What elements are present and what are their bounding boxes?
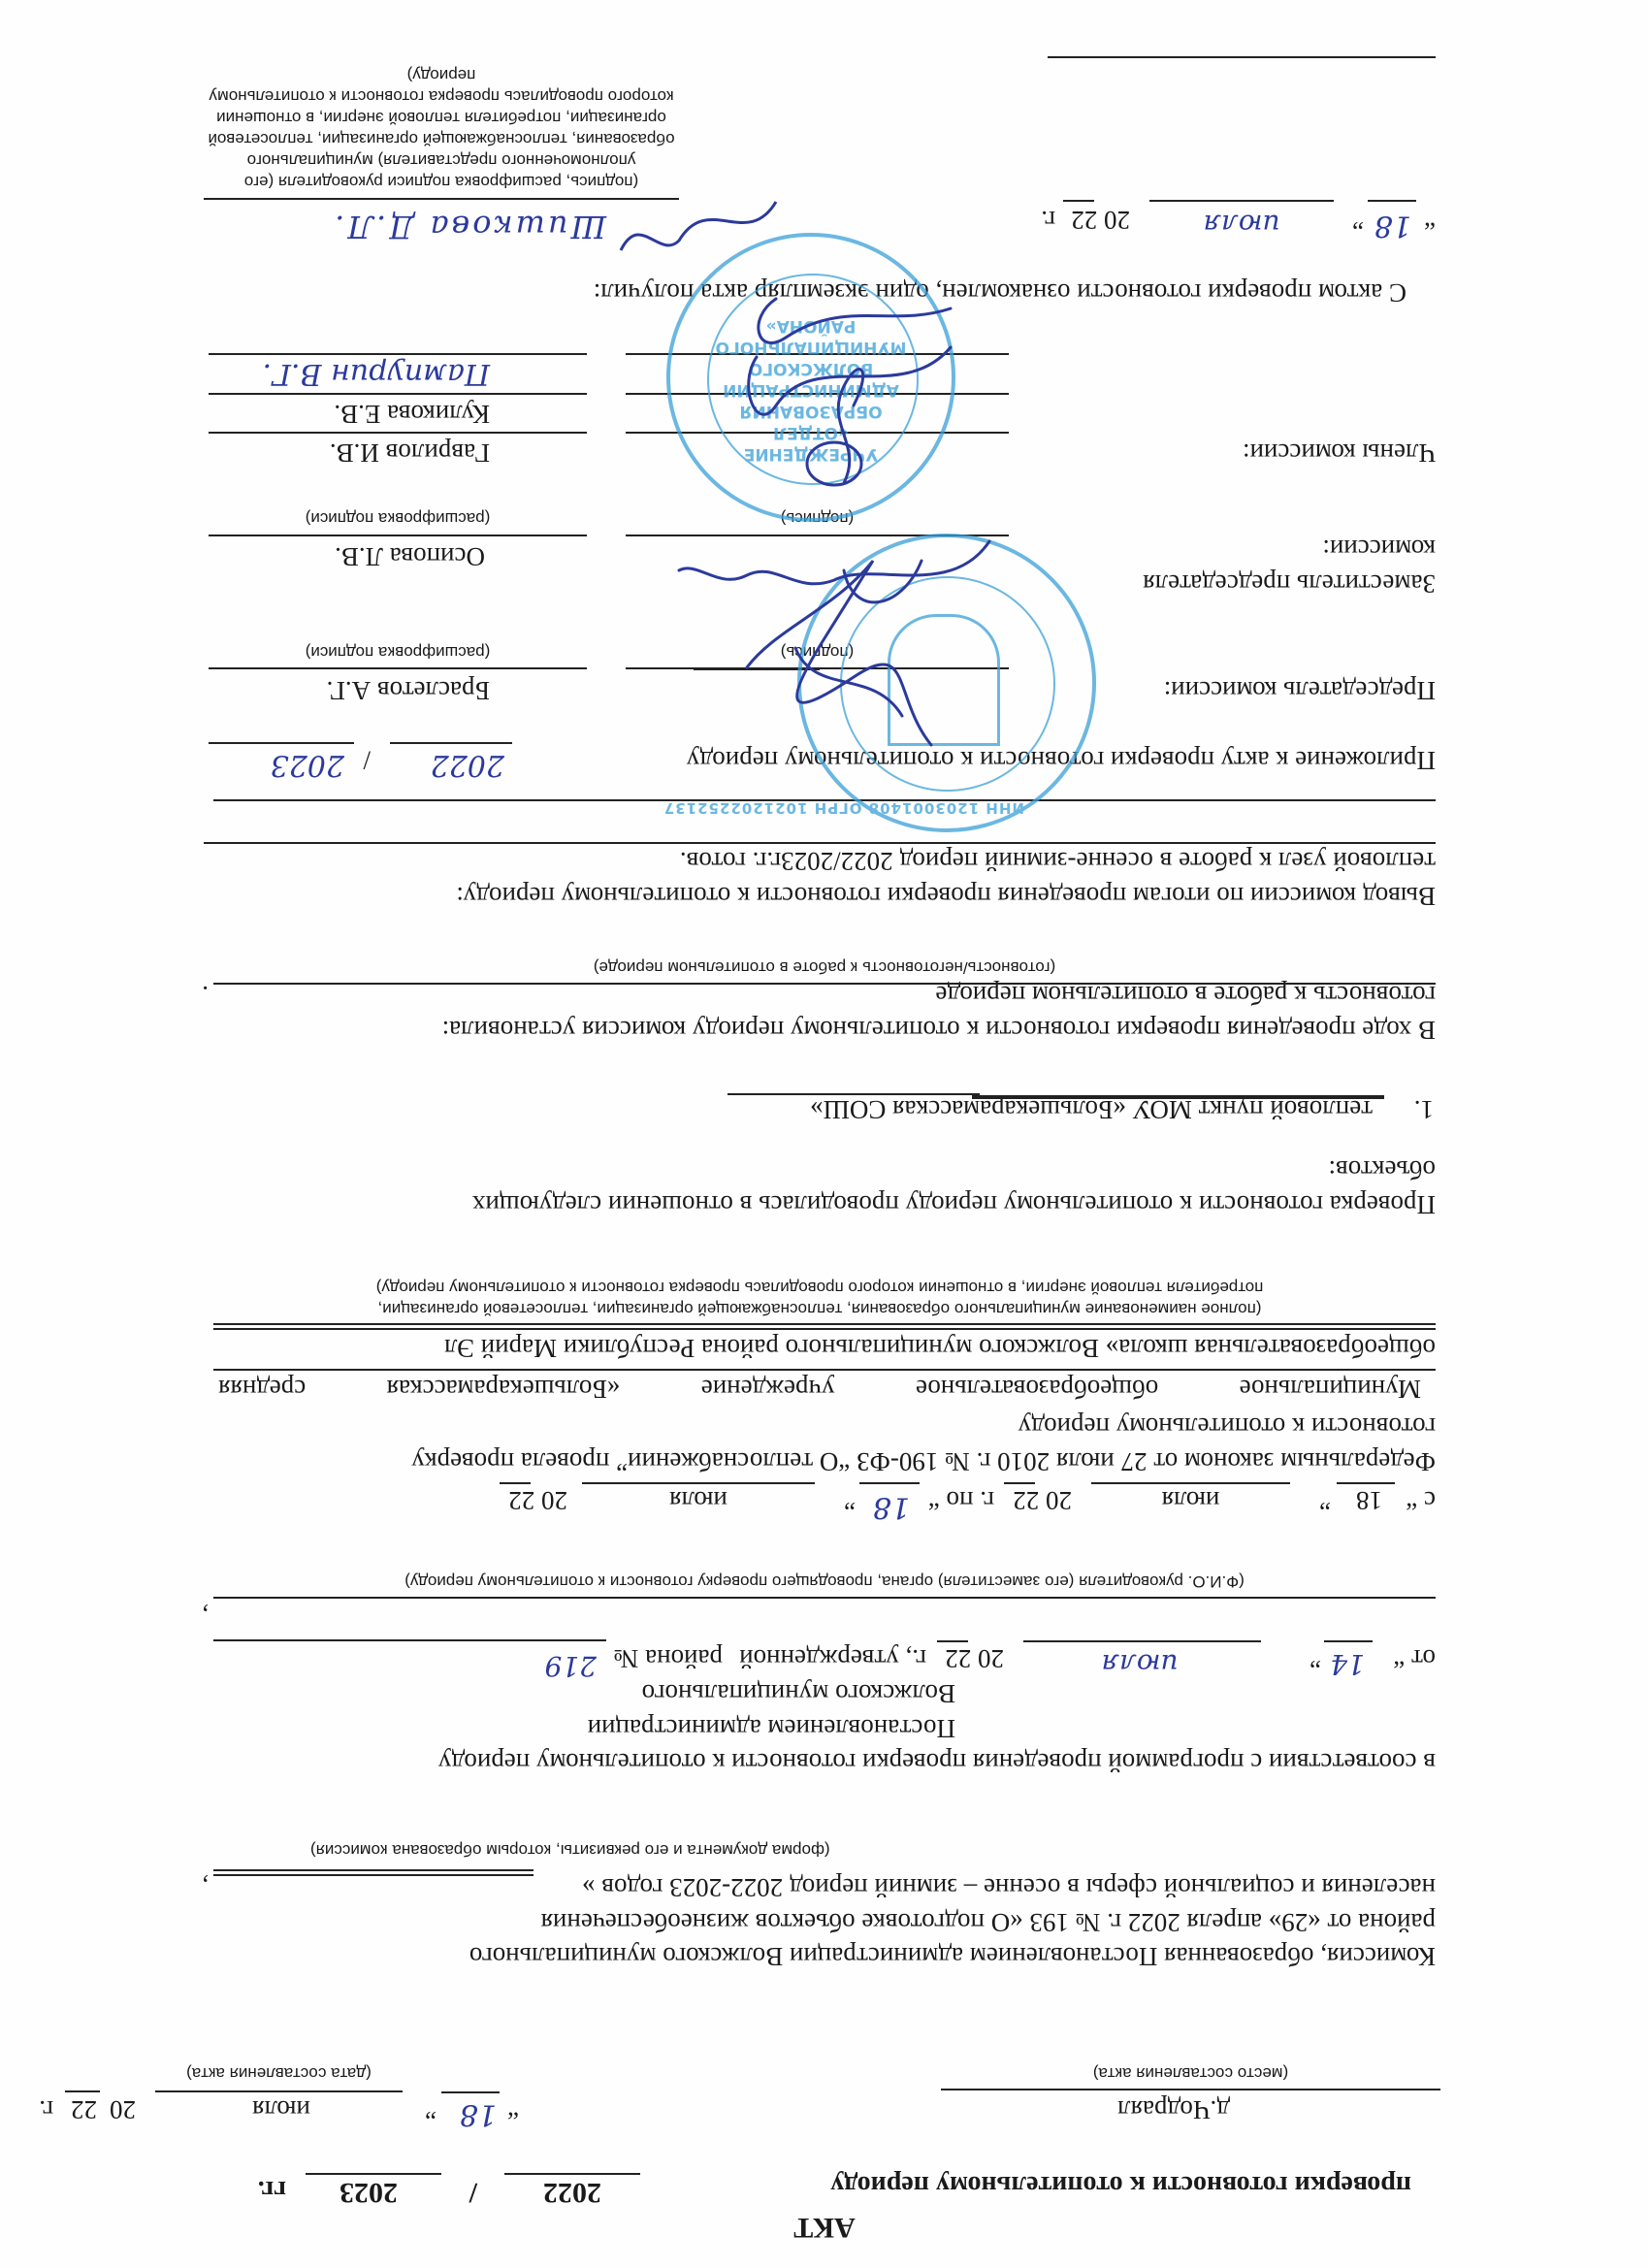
program-from-label: от “ [1393, 1643, 1436, 1674]
period-line-2: Федеральным законом от 27 июля 2010 г. №… [411, 1446, 1436, 1477]
program-line-1: в соответствии с программой проведения п… [438, 1747, 1436, 1778]
period-separator: / [469, 2177, 477, 2208]
date-year-label: г. [39, 2094, 53, 2125]
appendix-year-to: 2023 [271, 748, 344, 782]
program-comma: , [202, 1602, 209, 1633]
deputy-decode-caption: (расшифровка подписи) [209, 508, 587, 529]
period-from-year: 20 22 [1013, 1485, 1072, 1516]
stamp-ring-text: ИНН 1203001408 ОГРН 1021202252137 [663, 799, 1024, 817]
document-title: АКТ [0, 2212, 1649, 2243]
chair-decode-caption: (расшифровка подписи) [209, 642, 587, 663]
ack-day: 18 [1374, 209, 1411, 243]
ack-quote-close: ” [1352, 205, 1364, 236]
commission-signatures [660, 211, 1067, 755]
period-from: 2022 [514, 2177, 630, 2208]
chair-name: Браслетов А.Г. [327, 675, 490, 706]
program-month: июля [1018, 1648, 1261, 1680]
findings-line-2-end: . [202, 980, 209, 1011]
program-day: 14 [1330, 1648, 1365, 1680]
ack-caption: (подпись, расшифровка подписи руководите… [204, 64, 679, 192]
document-subtitle: проверки готовности к отопительному пери… [830, 2169, 1411, 2200]
member-2-name: Куликова Е.В. [334, 399, 490, 430]
member-3-name: Пампурин В.Г. [263, 357, 490, 391]
period-from-quote: ” [1319, 1485, 1331, 1516]
findings-caption: (готовность/неготовность к работе в отоп… [213, 957, 1436, 978]
period-to-month: июля [582, 1485, 815, 1516]
period-to-quote: ” [844, 1485, 856, 1516]
date-year-prefix: 20 [110, 2094, 136, 2125]
commission-line-3-end: , [202, 1872, 209, 1903]
program-quote-close: ” [1309, 1643, 1321, 1674]
date-quote-close: ” [425, 2094, 436, 2125]
objects-line-1: Проверка готовности к отопительному пери… [472, 1189, 1436, 1220]
period-from-label: с “ [1406, 1485, 1436, 1516]
org-name-line-2: общеобразовательная школа» Волжского мун… [444, 1333, 1436, 1364]
commission-caption: (форма документа и его реквизиты, которы… [310, 1840, 1280, 1861]
date-caption: (дата составления акта) [155, 2063, 403, 2084]
program-number: 219 [545, 1650, 597, 1682]
conclusion-line-1: Вывод комиссии по итогам проведения пров… [456, 881, 1436, 912]
deputy-label-2: комиссии: [1322, 534, 1436, 565]
org-caption-1: (полное наименование муниципального обра… [233, 1299, 1406, 1319]
place-value: д.Чодраял [1018, 2094, 1329, 2125]
objects-line-2: объектов: [1329, 1154, 1436, 1185]
deputy-name: Осипова Л.В. [335, 541, 485, 572]
ack-signer-name: Шишкова Д.Л. [332, 209, 606, 245]
period-line-3: готовности к отопительному периоду [1018, 1411, 1436, 1442]
program-year: 20 22 [945, 1643, 1004, 1674]
program-approved: г., утвержденной [739, 1643, 926, 1674]
commission-line-2: района от «29» апреля 2022 г. № 193 «О п… [541, 1907, 1436, 1938]
appendix-sep: / [363, 745, 371, 776]
appendix-year-from: 2022 [431, 748, 504, 782]
period-from-day: 18 [1356, 1485, 1382, 1516]
ack-month: июля [1149, 209, 1334, 241]
object-item-number: 1. [1414, 1094, 1434, 1125]
program-line-2: Постановлением администрации [588, 1713, 1436, 1744]
commission-line-3: населения и социальной сферы в осенне – … [582, 1872, 1436, 1903]
chair-label: Председатель комиссии: [1164, 675, 1436, 706]
deputy-label-1: Заместитель председателя [1143, 568, 1436, 599]
date-year-suffix: 22 [71, 2094, 97, 2125]
org-caption-2: потребителя тепловой энергии, в отношени… [233, 1278, 1406, 1298]
date-month: июля [160, 2094, 403, 2125]
members-label: Члены комиссии: [1243, 437, 1436, 469]
period-to: 2023 [310, 2177, 427, 2208]
date-quote-open: “ [507, 2094, 519, 2125]
program-caption: (Ф.И.О. руководителя (его заместителя) о… [213, 1571, 1436, 1592]
period-to-label: г. по “ [928, 1485, 994, 1516]
findings-line-1: В ходе проведения проверки готовности к … [442, 1015, 1436, 1046]
period-from-month: июля [1091, 1485, 1290, 1516]
program-region: района № [614, 1643, 723, 1674]
ack-year: 20 22 [1071, 205, 1130, 236]
place-caption: (место составления акта) [941, 2063, 1440, 2084]
document-page: АКТ проверки готовности к отопительному … [0, 0, 1649, 2268]
org-name-line-1: Муниципальное общеобразовательное учрежд… [218, 1374, 1421, 1405]
date-day: 18 [460, 2098, 497, 2129]
period-to-day: 18 [873, 1490, 910, 1524]
commission-line-1: Комиссия, образованная Постановлением ад… [469, 1941, 1436, 1972]
period-to-year: 20 22 [508, 1485, 567, 1516]
period-suffix: гг. [258, 2174, 286, 2205]
ack-quote-open: “ [1424, 205, 1436, 236]
conclusion-line-2: тепловой узел к работе в осенне-зимний п… [680, 846, 1436, 877]
program-line-3: Волжского муниципального [642, 1678, 955, 1709]
acknowledgment-signature [601, 182, 795, 270]
member-1-name: Гаврилов И.В. [330, 437, 490, 469]
footer-line [1048, 56, 1436, 58]
